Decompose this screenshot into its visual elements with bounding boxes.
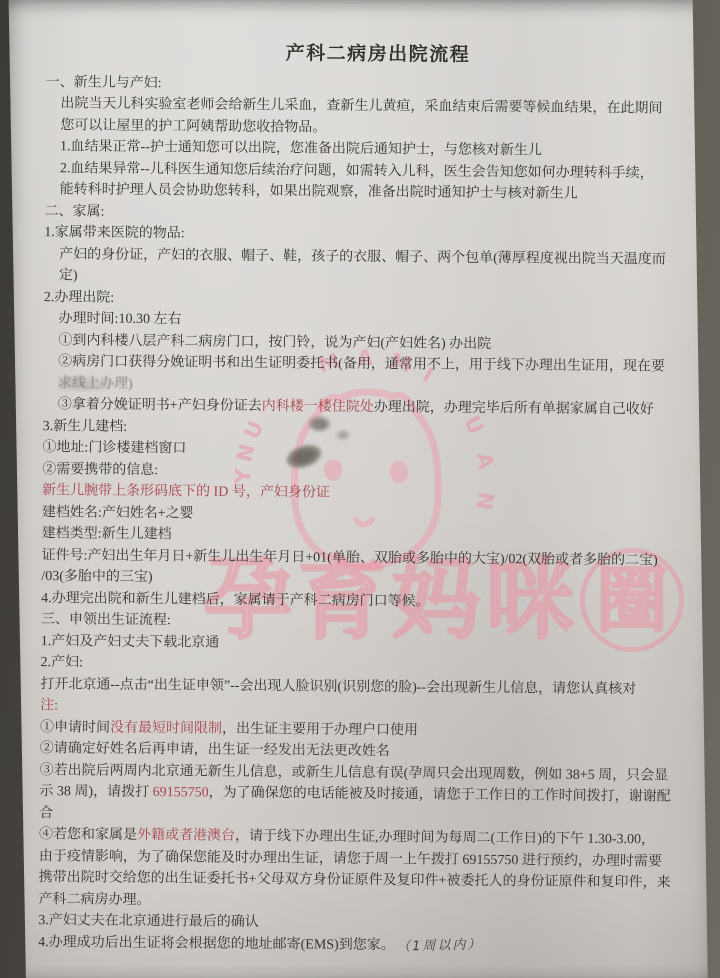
- printed-text: 办理出院，办理完毕后所有单据家属自己收好: [374, 400, 654, 417]
- highlighted-red-text: 新生儿腕带上条形码底下的 ID 号，产妇身份证: [42, 483, 330, 501]
- printed-text: 二、家属:: [44, 204, 104, 220]
- printed-text: ②病房门口获得分娩证明书和出生证明委托书(备用，通常用不上，用于线下办理出生证用…: [58, 354, 665, 374]
- printed-text: 出院当天儿科实验室老师会给新生儿采血，查新生儿黄疸，采血结束后需要等候血结果，在…: [60, 96, 662, 116]
- printed-text: ④若您和家属是: [39, 827, 137, 843]
- printed-text: 建档姓名:产妇姓名+之婴: [42, 505, 194, 521]
- printed-text: 产科二病房办理。: [38, 892, 150, 908]
- printed-text: ①到内科楼八层产科二病房门口，按门铃，说为产妇(产妇姓名) 办出院: [58, 333, 491, 352]
- printed-text: 三、申领出生证流程:: [41, 612, 171, 628]
- printed-text: 能转科时护理人员会协助您转科，如果出院观察，准备出院时通知护士与核对新生儿: [60, 182, 578, 202]
- document-content: 产科二病房出院流程 一、新生儿与产妇:出院当天儿科实验室老师会给新生儿采血，查新…: [38, 41, 710, 959]
- highlighted-red-text: 外籍或者港澳台: [137, 828, 235, 844]
- printed-text: 合: [39, 806, 53, 821]
- printed-text: 2.产妇:: [41, 655, 84, 670]
- printed-text: 由于疫情影响，为了确保您能及时办理出生证，请您于周一上午拨打 69155750 …: [39, 849, 662, 869]
- printed-text: 1.家属带来医院的物品:: [44, 225, 185, 241]
- highlighted-red-text: 内科楼一楼住院处: [262, 399, 374, 415]
- printed-text: 求线上办理): [58, 376, 133, 392]
- printed-text: 1.产妇及产妇丈夫下载北京通: [41, 634, 220, 651]
- printed-text: ①申请时间: [40, 720, 110, 736]
- printed-text: /03(多胎中的三宝): [41, 569, 152, 585]
- printed-text: 4.办理成功后出生证将会根据您的地址邮寄(EMS)到您家。: [38, 935, 395, 953]
- document-title: 产科二病房出院流程: [46, 41, 710, 68]
- photo-background: UNYMAMIUAN 孕育妈咪 圈 产科二病房出院流程 一、新生儿与产妇:出院当…: [0, 0, 720, 978]
- printed-text: 2.血结果异常--儿科医生通知您后续治疗问题，如需转入儿科，医生会告知您如何办理…: [60, 161, 654, 181]
- printed-text: ，出生证主要用于办理户口使用: [222, 721, 418, 738]
- printed-text: 定): [59, 268, 78, 283]
- printed-text: ①地址:门诊楼建档窗口: [42, 440, 186, 456]
- printed-text: 建档类型:新生儿建档: [42, 526, 172, 542]
- printed-text: 办理时间:10.30 左右: [59, 311, 182, 327]
- printed-text: 证件号:产妇出生年月日+新生儿出生年月日+01(单胎、双胎或多胎中的大宝)/02…: [41, 548, 657, 568]
- printed-text: ②需要携带的信息:: [42, 462, 158, 478]
- printed-text: 携带出院时交给您的出生证委托书+父母双方身份证原件及复印件+被委托人的身份证原件…: [39, 870, 671, 891]
- highlighted-red-text: 注:: [40, 698, 58, 713]
- handwritten-note: （1周以内）: [396, 934, 482, 958]
- printed-text: 产妇的身份证，产妇的衣服、帽子、鞋，孩子的衣服、帽子、两个包单(薄厚程度视出院当…: [59, 247, 666, 267]
- printed-text: ，为了确保您的电话能被及时接通，请您于工作日的工作时间拨打，谢谢配: [209, 786, 671, 805]
- printed-text: 您可以让屋里的护工阿姨帮助您收拾物品。: [60, 118, 326, 135]
- printed-text: 3.产妇丈夫在北京通进行最后的确认: [38, 913, 259, 930]
- printed-text: ③拿着分娩证明书+产妇身份证去: [58, 397, 262, 414]
- printed-text: ③若出院后两周内北京通无新生儿信息，或新生儿信息有误(孕周只会出现周数，例如 3…: [40, 763, 669, 783]
- document-body: 一、新生儿与产妇:出院当天儿科实验室老师会给新生儿采血，查新生儿黄疸，采血结束后…: [38, 72, 710, 959]
- printed-text: 打开北京通--点击“出生证申领”--会出现人脸识别(识别您的脸)--会出现新生儿…: [40, 677, 636, 697]
- printed-text: 2.办理出院:: [44, 290, 115, 306]
- highlighted-red-text: 69155750: [153, 785, 209, 800]
- doc-line: 4.办理成功后出生证将会根据您的地址邮寄(EMS)到您家。（1周以内）: [38, 932, 702, 959]
- printed-text: 4.办理完出院和新生儿建档后，家属请于产科二病房门口等候。: [41, 591, 430, 609]
- printed-text: ②请确定好姓名后再申请，出生证一经发出无法更改姓名: [40, 741, 390, 759]
- printed-text: 1.血结果正常--护士通知您可以出院，您准备出院后通知护士，与您核对新生儿: [60, 139, 542, 158]
- printed-text: ，请于线下办理出生证,办理时间为每周二(工作日)的下午 1.30-3.00，: [235, 829, 655, 848]
- printed-text: 3.新生儿建档:: [43, 419, 128, 435]
- printed-text: 示 38 周)，请拨打: [39, 784, 152, 800]
- paper-document: UNYMAMIUAN 孕育妈咪 圈 产科二病房出院流程 一、新生儿与产妇:出院当…: [0, 0, 720, 978]
- printed-text: 一、新生儿与产妇:: [46, 75, 162, 91]
- highlighted-red-text: 没有最短时间限制: [110, 720, 222, 736]
